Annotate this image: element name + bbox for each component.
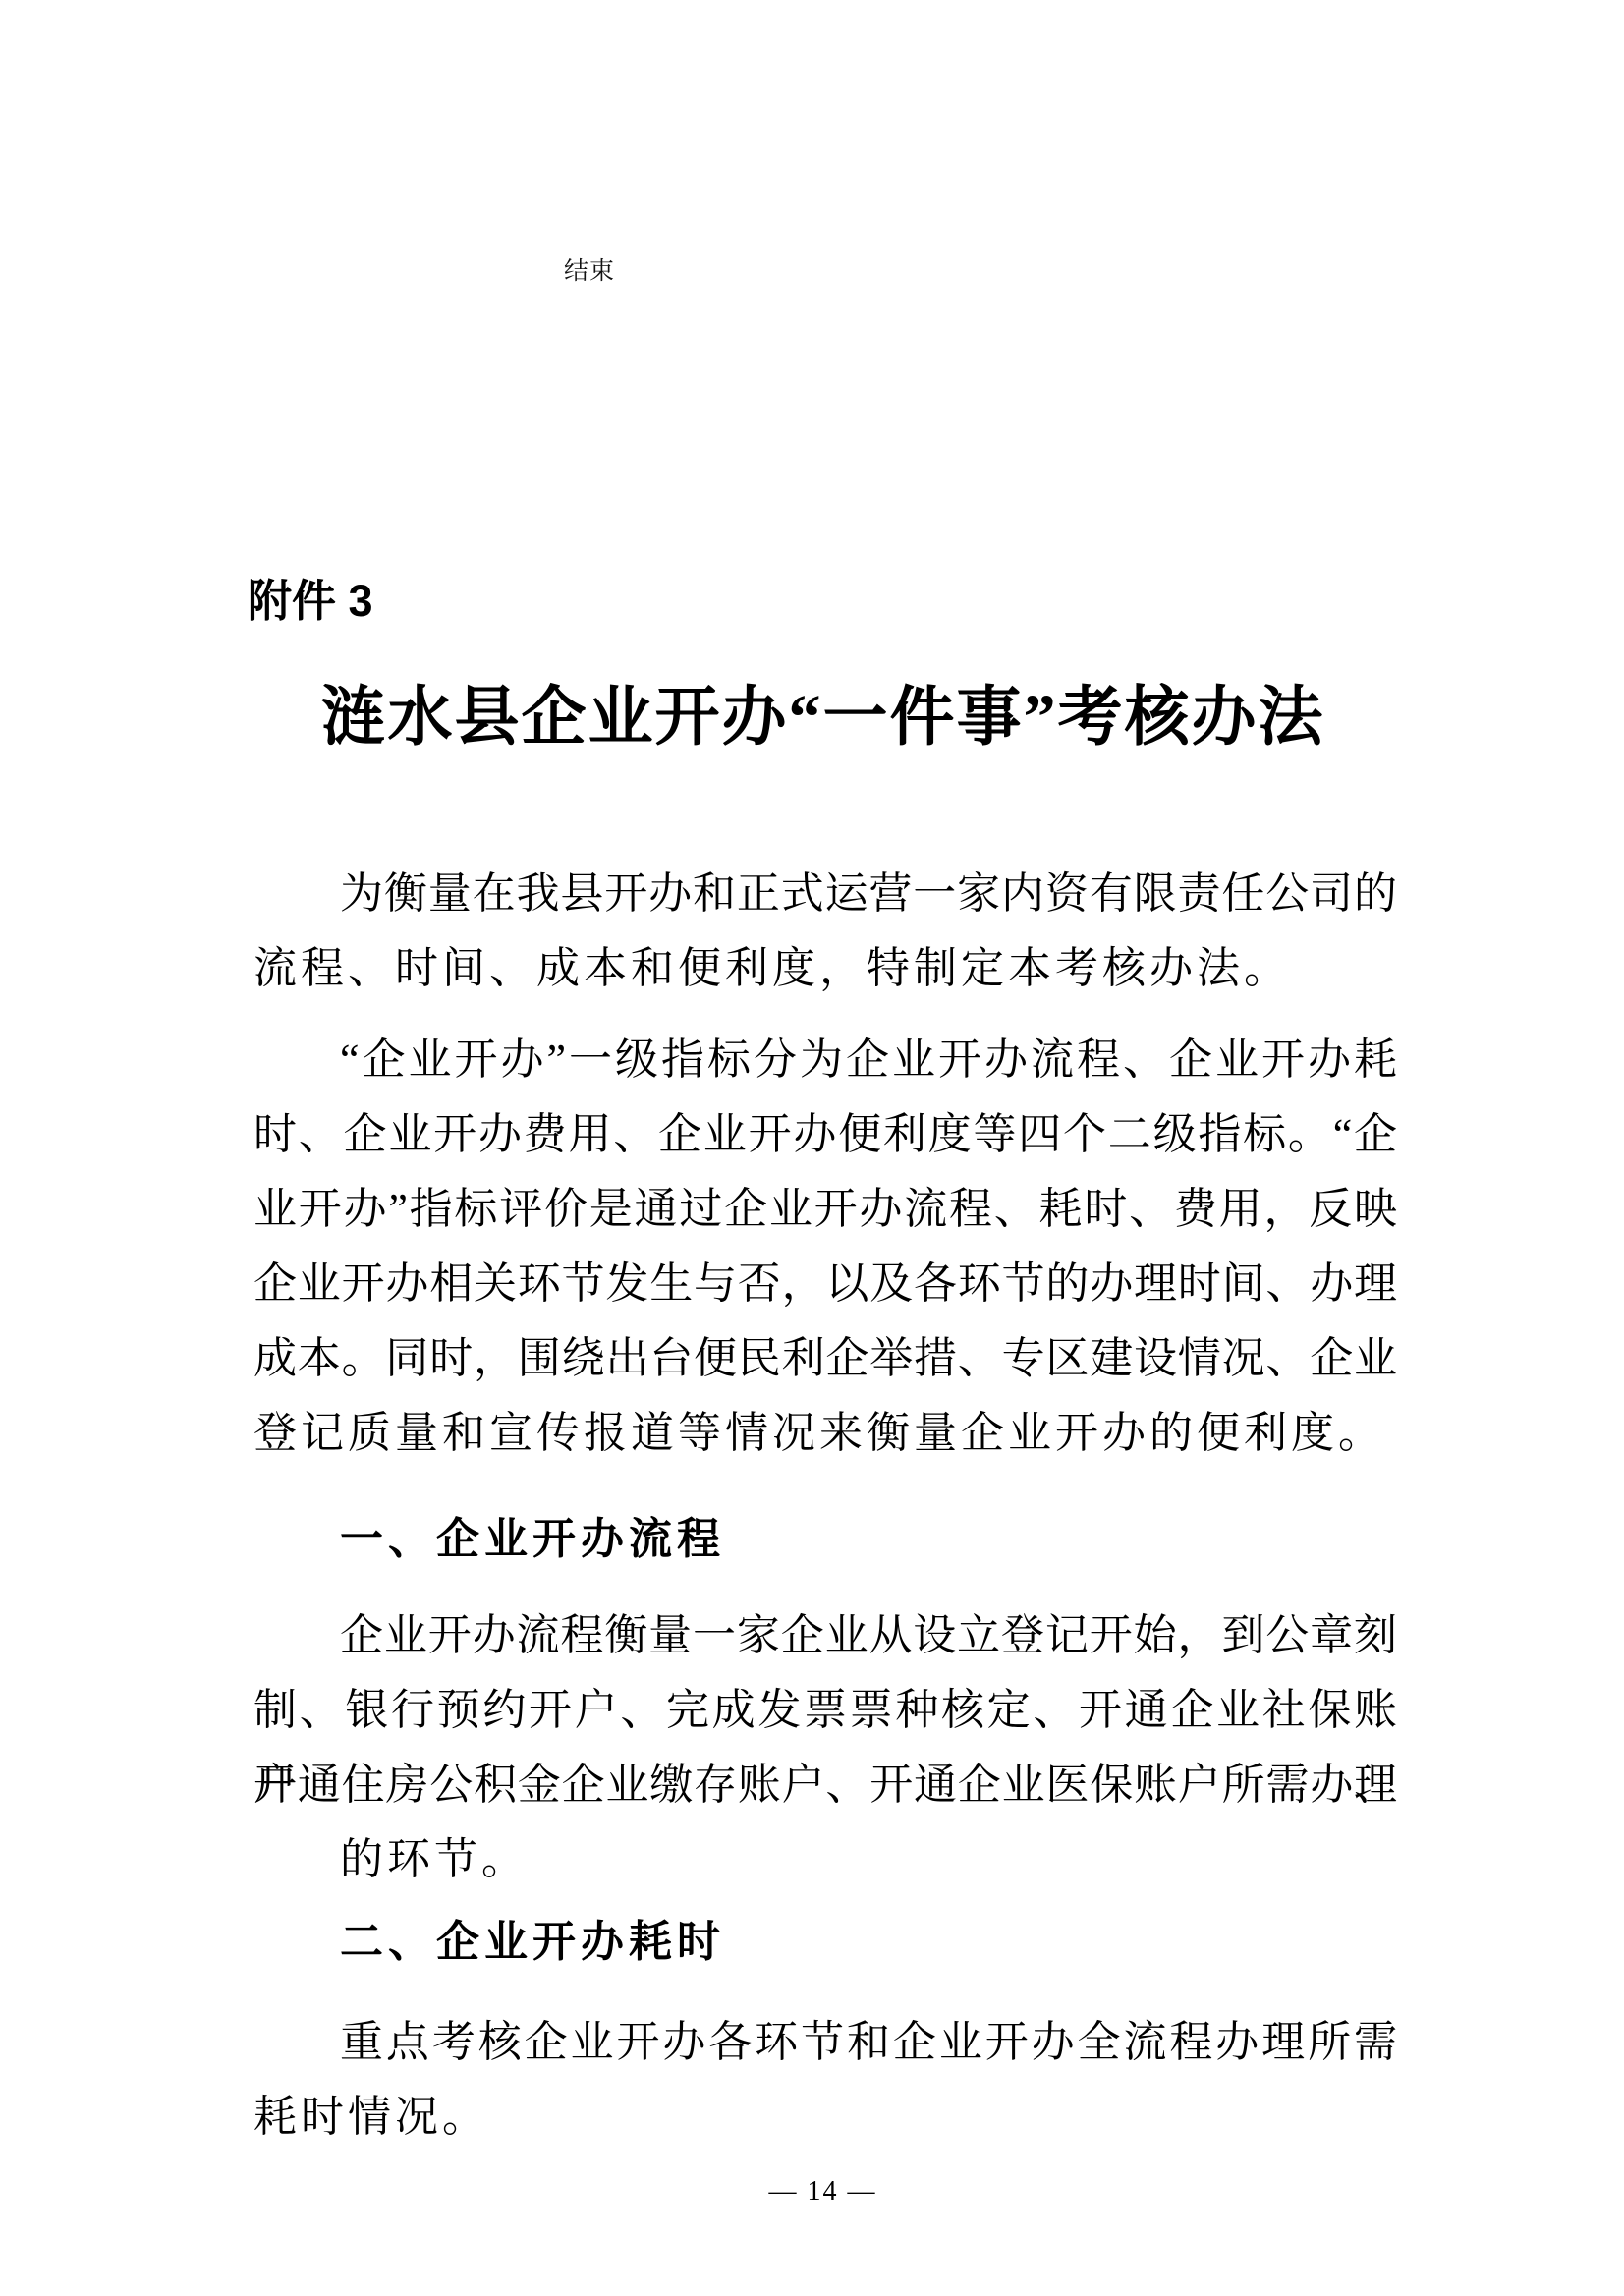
section-heading-2: 二、企业开办耗时 <box>253 1905 1397 1980</box>
paragraph-line: 为衡量在我县开办和正式运营一家内资有限责任公司的 <box>253 857 1397 931</box>
paragraph-line: 开通住房公积金企业缴存账户、开通企业医保账户所需办理 <box>253 1748 1397 1822</box>
paragraph-line: 成本。同时，围绕出台便民利企举措、专区建设情况、企业 <box>253 1321 1397 1396</box>
document-body: 为衡量在我县开办和正式运营一家内资有限责任公司的 流程、时间、成本和便利度，特制… <box>253 857 1397 2155</box>
paragraph-4: 重点考核企业开办各环节和企业开办全流程办理所需 耗时情况。 <box>253 2005 1397 2155</box>
end-marker-text: 结束 <box>564 257 615 285</box>
page-number: — 14 — <box>251 2175 1395 2209</box>
paragraph-line: 时、企业开办费用、企业开办便利度等四个二级指标。“企 <box>253 1097 1397 1172</box>
paragraph-line: 制、银行预约开户、完成发票票种核定、开通企业社保账户、 <box>253 1673 1397 1748</box>
paragraph-line: 重点考核企业开办各环节和企业开办全流程办理所需 <box>253 2005 1397 2080</box>
document-title: 涟水县企业开办“一件事”考核办法 <box>251 680 1395 756</box>
paragraph-line: 企业开办流程衡量一家企业从设立登记开始，到公章刻 <box>253 1598 1397 1673</box>
paragraph-line: 的环节。 <box>253 1822 1397 1897</box>
paragraph-line: “企业开办”一级指标分为企业开办流程、企业开办耗 <box>253 1023 1397 1097</box>
paragraph-line: 企业开办相关环节发生与否，以及各环节的办理时间、办理 <box>253 1247 1397 1321</box>
document-page: 结束 附件 3 涟水县企业开办“一件事”考核办法 为衡量在我县开办和正式运营一家… <box>0 0 1624 2296</box>
section-heading-1: 一、企业开办流程 <box>253 1502 1397 1577</box>
paragraph-line: 耗时情况。 <box>253 2080 1397 2155</box>
paragraph-line: 业开办”指标评价是通过企业开办流程、耗时、费用，反映 <box>253 1172 1397 1247</box>
attachment-label: 附件 3 <box>248 576 373 627</box>
paragraph-line: 登记质量和宣传报道等情况来衡量企业开办的便利度。 <box>253 1396 1397 1471</box>
paragraph-3: 企业开办流程衡量一家企业从设立登记开始，到公章刻 制、银行预约开户、完成发票票种… <box>253 1598 1397 1897</box>
paragraph-line: 流程、时间、成本和便利度，特制定本考核办法。 <box>253 931 1397 1006</box>
paragraph-2: “企业开办”一级指标分为企业开办流程、企业开办耗 时、企业开办费用、企业开办便利… <box>253 1023 1397 1471</box>
paragraph-1: 为衡量在我县开办和正式运营一家内资有限责任公司的 流程、时间、成本和便利度，特制… <box>253 857 1397 1006</box>
